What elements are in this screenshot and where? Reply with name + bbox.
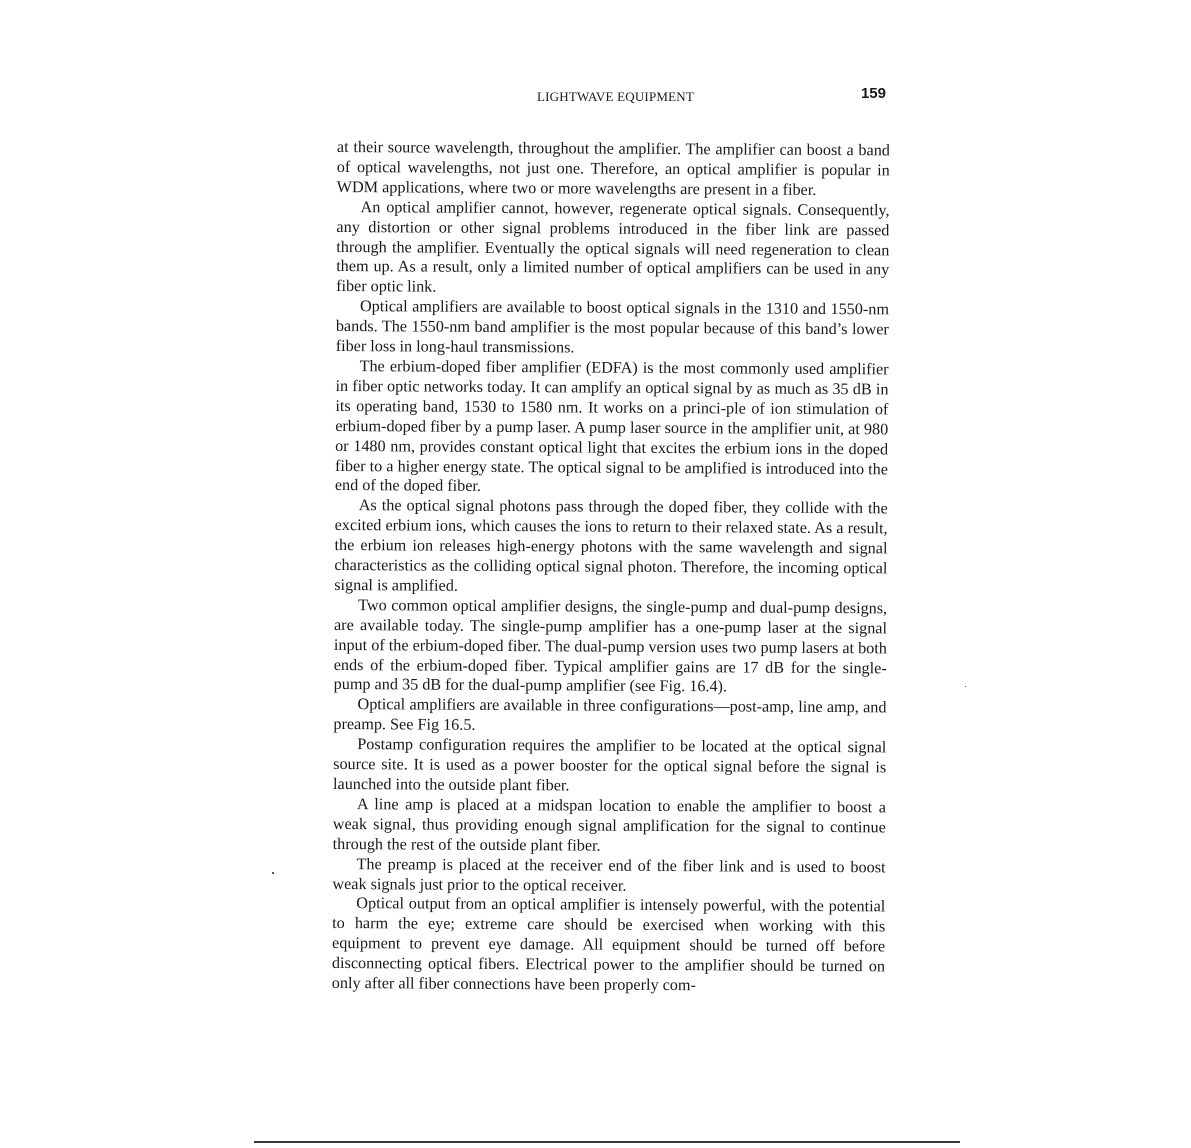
paragraph-safety: Optical output from an optical amplifier… [332,894,886,997]
paragraph-pump-designs: Two common optical amplifier designs, th… [334,596,888,699]
paragraph-edfa: The erbium-doped fiber amplifier (EDFA) … [335,357,889,500]
paragraph-line-amp: A line amp is placed at a midspan locati… [333,795,886,858]
paragraph-regeneration: An optical amplifier cannot, however, re… [336,198,890,301]
running-head: LIGHTWAVE EQUIPMENT 159 [337,88,888,108]
page-bottom-rule [254,1141,960,1143]
paragraph-postamp: Postamp configuration requires the ampli… [333,735,886,798]
scan-speck [272,872,274,874]
body-text: at their source wavelength, throughout t… [332,138,890,997]
running-title: LIGHTWAVE EQUIPMENT [337,89,888,105]
paragraph-continued: at their source wavelength, throughout t… [337,138,890,201]
paragraph-preamp: The preamp is placed at the receiver end… [332,855,885,898]
paragraph-photons: As the optical signal photons pass throu… [334,496,888,599]
paragraph-bands: Optical amplifiers are available to boos… [336,297,889,360]
page-number: 159 [861,85,886,102]
paragraph-configurations: Optical amplifiers are available in thre… [333,695,886,738]
scan-speck [965,686,966,687]
